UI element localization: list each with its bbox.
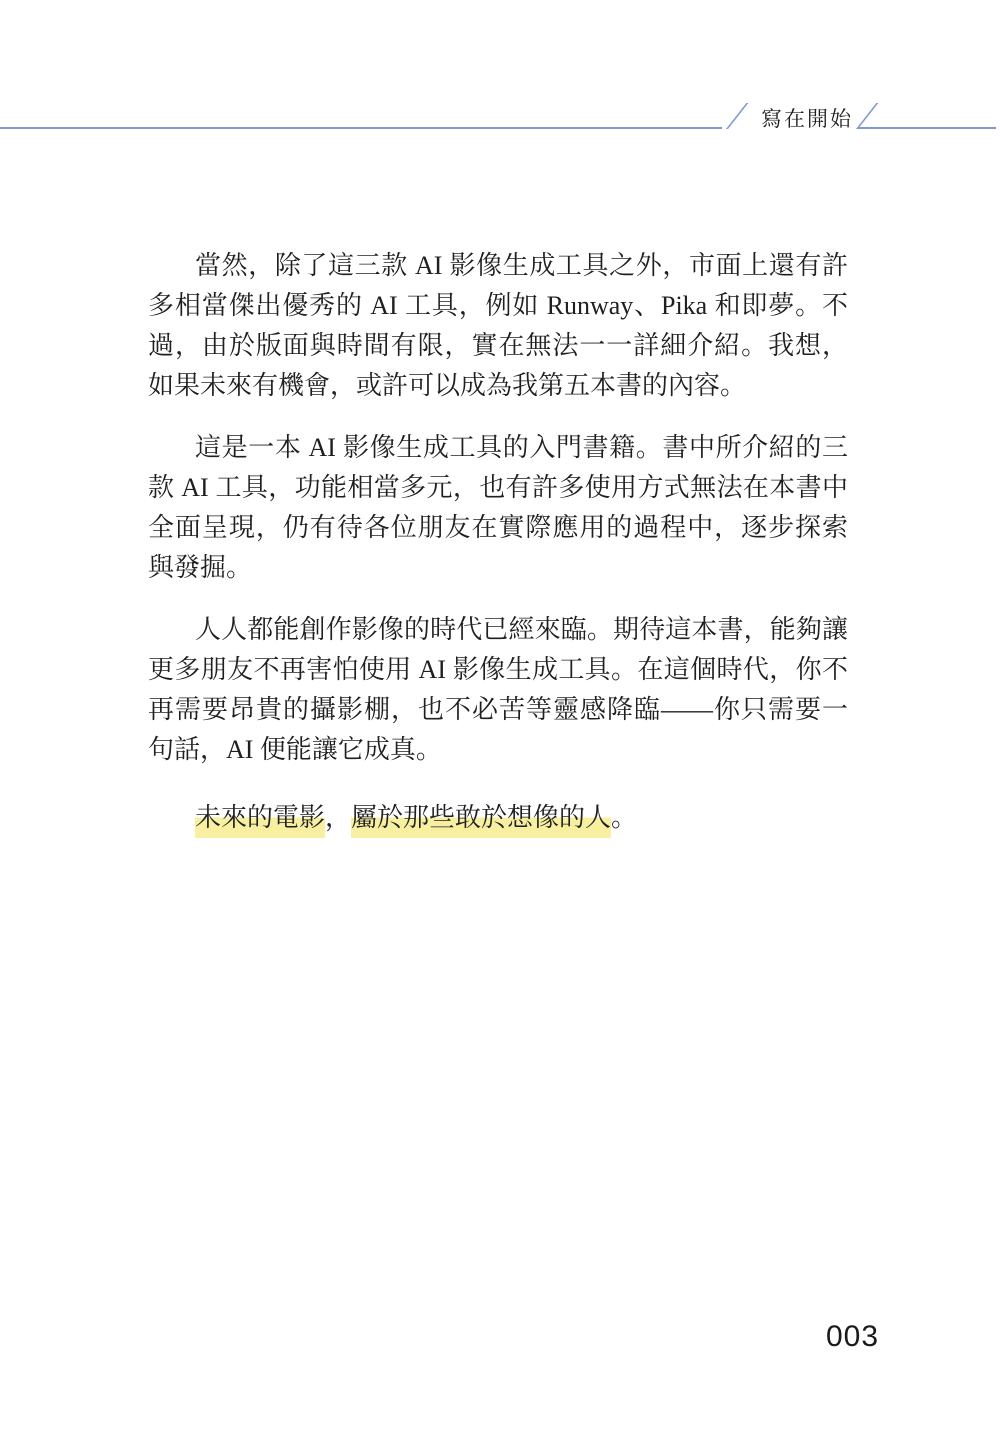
paragraph: 這是一本 AI 影像生成工具的入門書籍。書中所介紹的三款 AI 工具，功能相當多… (148, 428, 848, 588)
highlight-separator: ， (325, 803, 351, 832)
running-header-title: 寫在開始 (761, 103, 853, 133)
header-rule-right (858, 127, 996, 129)
book-page: 寫在開始 當然，除了這三款 AI 影像生成工具之外，市面上還有許多相當傑出優秀的… (0, 0, 1000, 1430)
highlight-paragraph: 未來的電影，屬於那些敢於想像的人。 (148, 798, 848, 838)
page-number: 003 (826, 1320, 879, 1354)
paragraph: 人人都能創作影像的時代已經來臨。期待這本書，能夠讓更多朋友不再害怕使用 AI 影… (148, 610, 848, 770)
body-text-block: 當然，除了這三款 AI 影像生成工具之外，市面上還有許多相當傑出優秀的 AI 工… (148, 246, 848, 838)
header-slash-left-icon (726, 103, 748, 129)
header-rule-left (0, 127, 722, 129)
paragraph: 當然，除了這三款 AI 影像生成工具之外，市面上還有許多相當傑出優秀的 AI 工… (148, 246, 848, 406)
highlight-terminator: 。 (611, 803, 637, 832)
highlighted-text-segment: 未來的電影 (195, 803, 325, 838)
header-slash-right-icon (856, 103, 878, 129)
highlighted-text-segment: 屬於那些敢於想像的人 (351, 803, 611, 838)
